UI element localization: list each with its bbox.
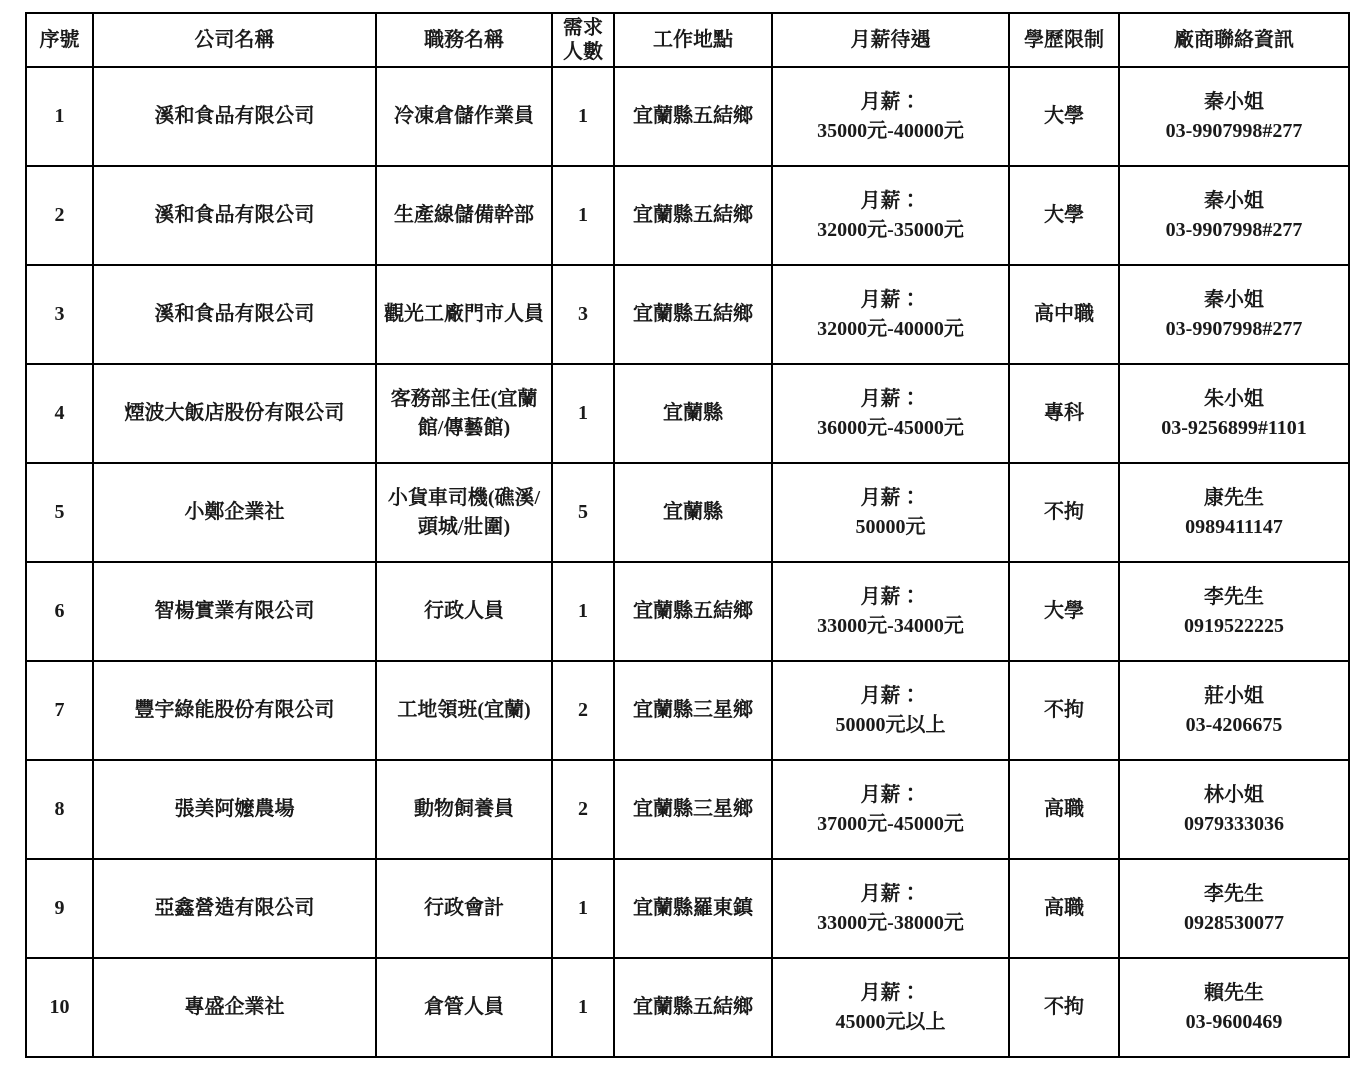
- contact-phone: 0989411147: [1126, 513, 1342, 542]
- salary-value: 37000元-45000元: [779, 810, 1002, 839]
- cell-salary: 月薪： 37000元-45000元: [772, 760, 1009, 859]
- salary-label: 月薪：: [779, 88, 1002, 117]
- cell-headcount: 1: [552, 67, 614, 166]
- cell-salary: 月薪： 50000元以上: [772, 661, 1009, 760]
- cell-work-location: 宜蘭縣五結鄉: [614, 67, 772, 166]
- cell-serial-number: 9: [26, 859, 93, 958]
- cell-education-requirement: 大學: [1009, 67, 1119, 166]
- salary-value: 45000元以上: [779, 1008, 1002, 1037]
- cell-contact-info: 秦小姐 03-9907998#277: [1119, 265, 1349, 364]
- cell-job-title: 客務部主任(宜蘭館/傳藝館): [376, 364, 552, 463]
- cell-job-title: 行政會計: [376, 859, 552, 958]
- cell-job-title: 觀光工廠門市人員: [376, 265, 552, 364]
- cell-company-name: 溪和食品有限公司: [93, 67, 376, 166]
- cell-education-requirement: 大學: [1009, 562, 1119, 661]
- column-header: 月薪待遇: [772, 13, 1009, 67]
- table-row: 4 煙波大飯店股份有限公司 客務部主任(宜蘭館/傳藝館) 1 宜蘭縣 月薪： 3…: [26, 364, 1349, 463]
- contact-name: 莊小姐: [1126, 682, 1342, 711]
- cell-education-requirement: 高職: [1009, 760, 1119, 859]
- cell-headcount: 1: [552, 364, 614, 463]
- cell-salary: 月薪： 45000元以上: [772, 958, 1009, 1057]
- table-row: 10 專盛企業社 倉管人員 1 宜蘭縣五結鄉 月薪： 45000元以上 不拘 賴…: [26, 958, 1349, 1057]
- cell-contact-info: 李先生 0928530077: [1119, 859, 1349, 958]
- cell-headcount: 1: [552, 562, 614, 661]
- table-row: 6 智楊實業有限公司 行政人員 1 宜蘭縣五結鄉 月薪： 33000元-3400…: [26, 562, 1349, 661]
- cell-company-name: 豐宇綠能股份有限公司: [93, 661, 376, 760]
- cell-serial-number: 8: [26, 760, 93, 859]
- contact-phone: 03-9907998#277: [1126, 216, 1342, 245]
- cell-education-requirement: 高職: [1009, 859, 1119, 958]
- column-header: 廠商聯絡資訊: [1119, 13, 1349, 67]
- cell-headcount: 1: [552, 859, 614, 958]
- salary-label: 月薪：: [779, 385, 1002, 414]
- column-header: 公司名稱: [93, 13, 376, 67]
- cell-education-requirement: 專科: [1009, 364, 1119, 463]
- cell-education-requirement: 高中職: [1009, 265, 1119, 364]
- cell-salary: 月薪： 33000元-34000元: [772, 562, 1009, 661]
- table-row: 1 溪和食品有限公司 冷凍倉儲作業員 1 宜蘭縣五結鄉 月薪： 35000元-4…: [26, 67, 1349, 166]
- cell-work-location: 宜蘭縣: [614, 364, 772, 463]
- salary-value: 33000元-38000元: [779, 909, 1002, 938]
- contact-name: 賴先生: [1126, 979, 1342, 1008]
- contact-name: 李先生: [1126, 880, 1342, 909]
- cell-contact-info: 賴先生 03-9600469: [1119, 958, 1349, 1057]
- contact-name: 秦小姐: [1126, 286, 1342, 315]
- cell-company-name: 亞鑫營造有限公司: [93, 859, 376, 958]
- cell-job-title: 倉管人員: [376, 958, 552, 1057]
- contact-phone: 03-9907998#277: [1126, 117, 1342, 146]
- column-header: 需求人數: [552, 13, 614, 67]
- contact-phone: 03-4206675: [1126, 711, 1342, 740]
- salary-value: 32000元-40000元: [779, 315, 1002, 344]
- cell-job-title: 冷凍倉儲作業員: [376, 67, 552, 166]
- cell-work-location: 宜蘭縣五結鄉: [614, 562, 772, 661]
- contact-name: 朱小姐: [1126, 385, 1342, 414]
- cell-education-requirement: 不拘: [1009, 463, 1119, 562]
- cell-work-location: 宜蘭縣羅東鎮: [614, 859, 772, 958]
- cell-salary: 月薪： 32000元-35000元: [772, 166, 1009, 265]
- cell-headcount: 2: [552, 760, 614, 859]
- contact-phone: 03-9256899#1101: [1126, 414, 1342, 443]
- header-row: 序號公司名稱職務名稱需求人數工作地點月薪待遇學歷限制廠商聯絡資訊: [26, 13, 1349, 67]
- cell-salary: 月薪： 50000元: [772, 463, 1009, 562]
- cell-serial-number: 6: [26, 562, 93, 661]
- table-row: 3 溪和食品有限公司 觀光工廠門市人員 3 宜蘭縣五結鄉 月薪： 32000元-…: [26, 265, 1349, 364]
- cell-headcount: 3: [552, 265, 614, 364]
- cell-contact-info: 康先生 0989411147: [1119, 463, 1349, 562]
- cell-job-title: 工地領班(宜蘭): [376, 661, 552, 760]
- cell-job-title: 生產線儲備幹部: [376, 166, 552, 265]
- cell-company-name: 專盛企業社: [93, 958, 376, 1057]
- cell-headcount: 1: [552, 958, 614, 1057]
- cell-serial-number: 10: [26, 958, 93, 1057]
- table-row: 2 溪和食品有限公司 生產線儲備幹部 1 宜蘭縣五結鄉 月薪： 32000元-3…: [26, 166, 1349, 265]
- cell-contact-info: 林小姐 0979333036: [1119, 760, 1349, 859]
- cell-salary: 月薪： 36000元-45000元: [772, 364, 1009, 463]
- salary-value: 33000元-34000元: [779, 612, 1002, 641]
- cell-work-location: 宜蘭縣三星鄉: [614, 661, 772, 760]
- salary-value: 32000元-35000元: [779, 216, 1002, 245]
- cell-company-name: 溪和食品有限公司: [93, 265, 376, 364]
- salary-label: 月薪：: [779, 187, 1002, 216]
- cell-job-title: 動物飼養員: [376, 760, 552, 859]
- cell-work-location: 宜蘭縣五結鄉: [614, 265, 772, 364]
- contact-name: 李先生: [1126, 583, 1342, 612]
- table-row: 5 小鄭企業社 小貨車司機(礁溪/頭城/壯圍) 5 宜蘭縣 月薪： 50000元…: [26, 463, 1349, 562]
- cell-headcount: 1: [552, 166, 614, 265]
- salary-value: 50000元以上: [779, 711, 1002, 740]
- column-header: 職務名稱: [376, 13, 552, 67]
- salary-label: 月薪：: [779, 286, 1002, 315]
- cell-headcount: 2: [552, 661, 614, 760]
- cell-serial-number: 5: [26, 463, 93, 562]
- salary-value: 35000元-40000元: [779, 117, 1002, 146]
- table-row: 7 豐宇綠能股份有限公司 工地領班(宜蘭) 2 宜蘭縣三星鄉 月薪： 50000…: [26, 661, 1349, 760]
- cell-contact-info: 朱小姐 03-9256899#1101: [1119, 364, 1349, 463]
- salary-label: 月薪：: [779, 682, 1002, 711]
- table-body: 1 溪和食品有限公司 冷凍倉儲作業員 1 宜蘭縣五結鄉 月薪： 35000元-4…: [26, 67, 1349, 1057]
- cell-company-name: 智楊實業有限公司: [93, 562, 376, 661]
- cell-work-location: 宜蘭縣五結鄉: [614, 958, 772, 1057]
- cell-job-title: 小貨車司機(礁溪/頭城/壯圍): [376, 463, 552, 562]
- contact-phone: 03-9600469: [1126, 1008, 1342, 1037]
- cell-work-location: 宜蘭縣五結鄉: [614, 166, 772, 265]
- contact-phone: 0928530077: [1126, 909, 1342, 938]
- cell-education-requirement: 不拘: [1009, 958, 1119, 1057]
- column-header: 學歷限制: [1009, 13, 1119, 67]
- cell-company-name: 溪和食品有限公司: [93, 166, 376, 265]
- cell-company-name: 張美阿嬤農場: [93, 760, 376, 859]
- table-row: 9 亞鑫營造有限公司 行政會計 1 宜蘭縣羅東鎮 月薪： 33000元-3800…: [26, 859, 1349, 958]
- cell-company-name: 小鄭企業社: [93, 463, 376, 562]
- cell-company-name: 煙波大飯店股份有限公司: [93, 364, 376, 463]
- contact-phone: 0979333036: [1126, 810, 1342, 839]
- cell-contact-info: 秦小姐 03-9907998#277: [1119, 166, 1349, 265]
- cell-serial-number: 3: [26, 265, 93, 364]
- column-header: 工作地點: [614, 13, 772, 67]
- salary-label: 月薪：: [779, 583, 1002, 612]
- cell-contact-info: 秦小姐 03-9907998#277: [1119, 67, 1349, 166]
- job-listing-table: 序號公司名稱職務名稱需求人數工作地點月薪待遇學歷限制廠商聯絡資訊 1 溪和食品有…: [25, 12, 1350, 1058]
- document-page: 序號公司名稱職務名稱需求人數工作地點月薪待遇學歷限制廠商聯絡資訊 1 溪和食品有…: [0, 0, 1371, 1068]
- cell-job-title: 行政人員: [376, 562, 552, 661]
- cell-work-location: 宜蘭縣三星鄉: [614, 760, 772, 859]
- salary-label: 月薪：: [779, 484, 1002, 513]
- cell-headcount: 5: [552, 463, 614, 562]
- salary-value: 50000元: [779, 513, 1002, 542]
- salary-label: 月薪：: [779, 781, 1002, 810]
- column-header: 序號: [26, 13, 93, 67]
- cell-salary: 月薪： 32000元-40000元: [772, 265, 1009, 364]
- contact-phone: 03-9907998#277: [1126, 315, 1342, 344]
- cell-serial-number: 2: [26, 166, 93, 265]
- salary-value: 36000元-45000元: [779, 414, 1002, 443]
- salary-label: 月薪：: [779, 880, 1002, 909]
- table-row: 8 張美阿嬤農場 動物飼養員 2 宜蘭縣三星鄉 月薪： 37000元-45000…: [26, 760, 1349, 859]
- contact-name: 秦小姐: [1126, 88, 1342, 117]
- cell-salary: 月薪： 33000元-38000元: [772, 859, 1009, 958]
- cell-salary: 月薪： 35000元-40000元: [772, 67, 1009, 166]
- salary-label: 月薪：: [779, 979, 1002, 1008]
- cell-serial-number: 1: [26, 67, 93, 166]
- contact-phone: 0919522225: [1126, 612, 1342, 641]
- cell-education-requirement: 大學: [1009, 166, 1119, 265]
- cell-serial-number: 4: [26, 364, 93, 463]
- cell-education-requirement: 不拘: [1009, 661, 1119, 760]
- cell-serial-number: 7: [26, 661, 93, 760]
- contact-name: 康先生: [1126, 484, 1342, 513]
- cell-work-location: 宜蘭縣: [614, 463, 772, 562]
- contact-name: 秦小姐: [1126, 187, 1342, 216]
- contact-name: 林小姐: [1126, 781, 1342, 810]
- cell-contact-info: 李先生 0919522225: [1119, 562, 1349, 661]
- cell-contact-info: 莊小姐 03-4206675: [1119, 661, 1349, 760]
